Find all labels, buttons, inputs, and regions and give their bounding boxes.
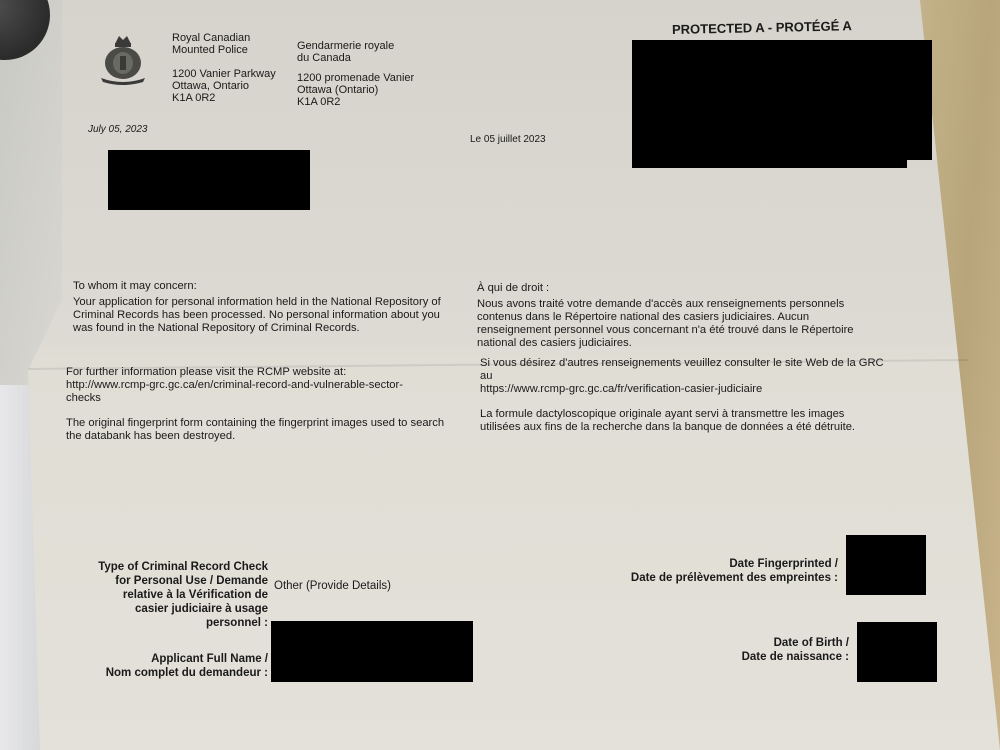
redaction-applicant-name: [271, 621, 473, 682]
redaction-reference-block: [632, 40, 932, 160]
address-line: K1A 0R2: [297, 96, 414, 108]
label-line: Date de naissance :: [650, 650, 849, 664]
background-object: [0, 0, 50, 60]
paragraph-info-en: For further information please visit the…: [66, 366, 456, 379]
paragraph-fingerprint-en: The original fingerprint form containing…: [66, 417, 451, 443]
letterhead-address-en: 1200 Vanier Parkway Ottawa, Ontario K1A …: [172, 68, 276, 104]
redaction-recipient-address: [108, 150, 310, 210]
redaction-date-fingerprinted: [846, 535, 926, 595]
date-fingerprinted-label: Date Fingerprinted / Date de prélèvement…: [600, 557, 838, 585]
french-body: À qui de droit : Nous avons traité votre…: [477, 282, 877, 350]
paragraph-result-en: Your application for personal informatio…: [73, 296, 453, 335]
letterhead-org-fr: Gendarmerie royale du Canada: [297, 40, 394, 64]
letterhead-address-fr: 1200 promenade Vanier Ottawa (Ontario) K…: [297, 72, 414, 108]
label-line: Type of Criminal Record Check: [70, 560, 268, 574]
org-name-line: Royal Canadian: [172, 32, 250, 44]
redaction-date-of-birth: [857, 622, 937, 682]
label-line: relative à la Vérification de: [70, 588, 268, 602]
paragraph-result-fr: Nous avons traité votre demande d'accès …: [477, 298, 877, 350]
check-type-value: Other (Provide Details): [274, 580, 391, 592]
label-line: Date Fingerprinted /: [600, 557, 838, 571]
rcmp-crest-icon: [93, 30, 153, 90]
org-name-line: Gendarmerie royale: [297, 40, 394, 52]
redaction-reference-block-tail: [632, 150, 907, 168]
label-line: casier judiciaire à usage: [70, 602, 268, 616]
date-of-birth-label: Date of Birth / Date de naissance :: [650, 636, 849, 664]
address-line: Ottawa (Ontario): [297, 84, 414, 96]
address-line: K1A 0R2: [172, 92, 276, 104]
label-line: Nom complet du demandeur :: [70, 666, 268, 680]
org-name-line: du Canada: [297, 52, 394, 64]
org-name-line: Mounted Police: [172, 44, 250, 56]
rcmp-link-en[interactable]: http://www.rcmp-grc.gc.ca/en/criminal-re…: [66, 379, 426, 405]
address-line: 1200 Vanier Parkway: [172, 68, 276, 80]
french-body-2: Si vous désirez d'autres renseignements …: [480, 357, 900, 434]
paragraph-fingerprint-fr: La formule dactyloscopique originale aya…: [480, 408, 880, 434]
date-french: Le 05 juillet 2023: [470, 134, 546, 145]
date-english: July 05, 2023: [88, 124, 148, 135]
salutation-fr: À qui de droit :: [477, 282, 877, 295]
label-line: Date de prélèvement des empreintes :: [600, 571, 838, 585]
label-line: personnel :: [70, 616, 268, 630]
address-line: 1200 promenade Vanier: [297, 72, 414, 84]
rcmp-link-fr[interactable]: https://www.rcmp-grc.gc.ca/fr/verificati…: [480, 383, 900, 396]
address-line: Ottawa, Ontario: [172, 80, 276, 92]
check-type-label: Type of Criminal Record Check for Person…: [70, 560, 268, 630]
label-line: Date of Birth /: [650, 636, 849, 650]
applicant-name-label: Applicant Full Name / Nom complet du dem…: [70, 652, 268, 680]
english-body-2: For further information please visit the…: [66, 366, 456, 443]
letterhead-org-en: Royal Canadian Mounted Police: [172, 32, 250, 56]
label-line: for Personal Use / Demande: [70, 574, 268, 588]
english-body: To whom it may concern: Your application…: [73, 280, 453, 335]
label-line: Applicant Full Name /: [70, 652, 268, 666]
salutation-en: To whom it may concern:: [73, 280, 453, 293]
paragraph-info-fr: Si vous désirez d'autres renseignements …: [480, 357, 885, 383]
